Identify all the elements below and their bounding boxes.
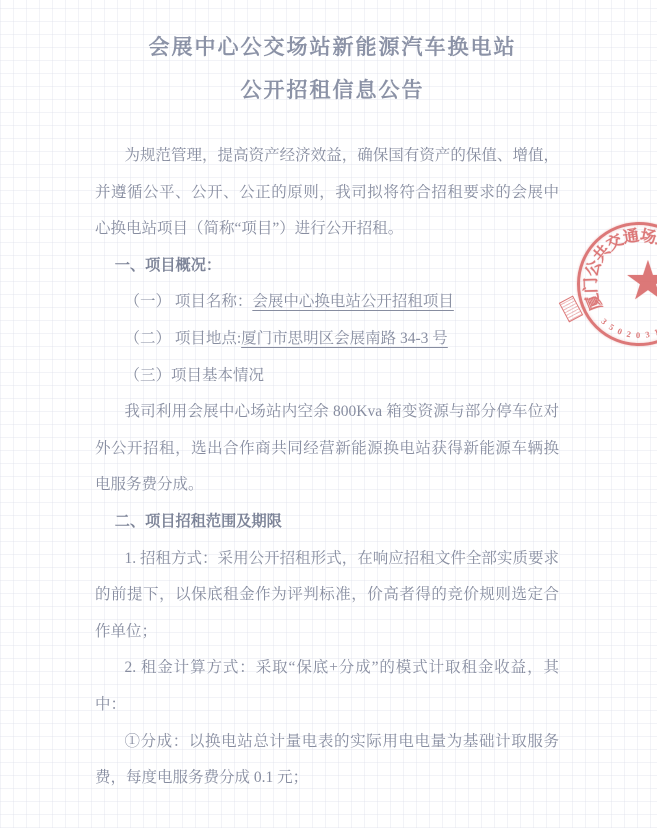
paragraph-line: 为规范管理，提高资产经济效益，确保国有资产的保值、增值，并遵循公平、公开、公正的… — [95, 138, 559, 248]
paragraph-line: 我司利用会展中心场站内空余 800Kva 箱变资源与部分停车位对外公开招租，选出… — [95, 394, 559, 504]
paragraph-line: 1. 招租方式：采用公开招租形式，在响应招租文件全部实质要求的前提下，以保底租金… — [95, 541, 559, 651]
item-label: （二） 项目地点: — [124, 330, 241, 347]
document-title: 会展中心公交场站新能源汽车换电站 公开招租信息公告 — [8, 0, 657, 112]
paragraph-line: （二） 项目地点:厦门市思明区会展南路 34-3 号 — [95, 321, 559, 358]
item-value-underlined: 会展中心换电站公开招租项目 — [252, 293, 454, 310]
section-heading: 二、项目招租范围及期限 — [95, 504, 559, 541]
scanned-document-page: 会展中心公交场站新能源汽车换电站 公开招租信息公告 为规范管理，提高资产经济效益… — [0, 0, 657, 828]
paragraph-line: （一） 项目名称：会展中心换电站公开招租项目 — [95, 284, 559, 321]
paragraph-line: （三）项目基本情况 — [95, 358, 559, 395]
document-body: 为规范管理，提高资产经济效益，确保国有资产的保值、增值，并遵循公平、公开、公正的… — [0, 138, 657, 797]
section-heading: 一、项目概况： — [95, 248, 559, 285]
paragraph-line: 2. 租金计算方式：采取“保底+分成”的模式计取租金收益，其中： — [95, 650, 559, 723]
item-label: （三）项目基本情况 — [124, 367, 264, 384]
paragraph-line: ①分成：以换电站总计量电表的实际用电电量为基础计取服务费，每度电服务费分成 0.… — [95, 724, 559, 797]
document-title-line2: 公开招租信息公告 — [8, 69, 657, 112]
document-title-line1: 会展中心公交场站新能源汽车换电站 — [8, 26, 657, 69]
item-label: （一） 项目名称： — [124, 293, 252, 310]
item-value-underlined: 厦门市思明区会展南路 34-3 号 — [241, 330, 448, 347]
